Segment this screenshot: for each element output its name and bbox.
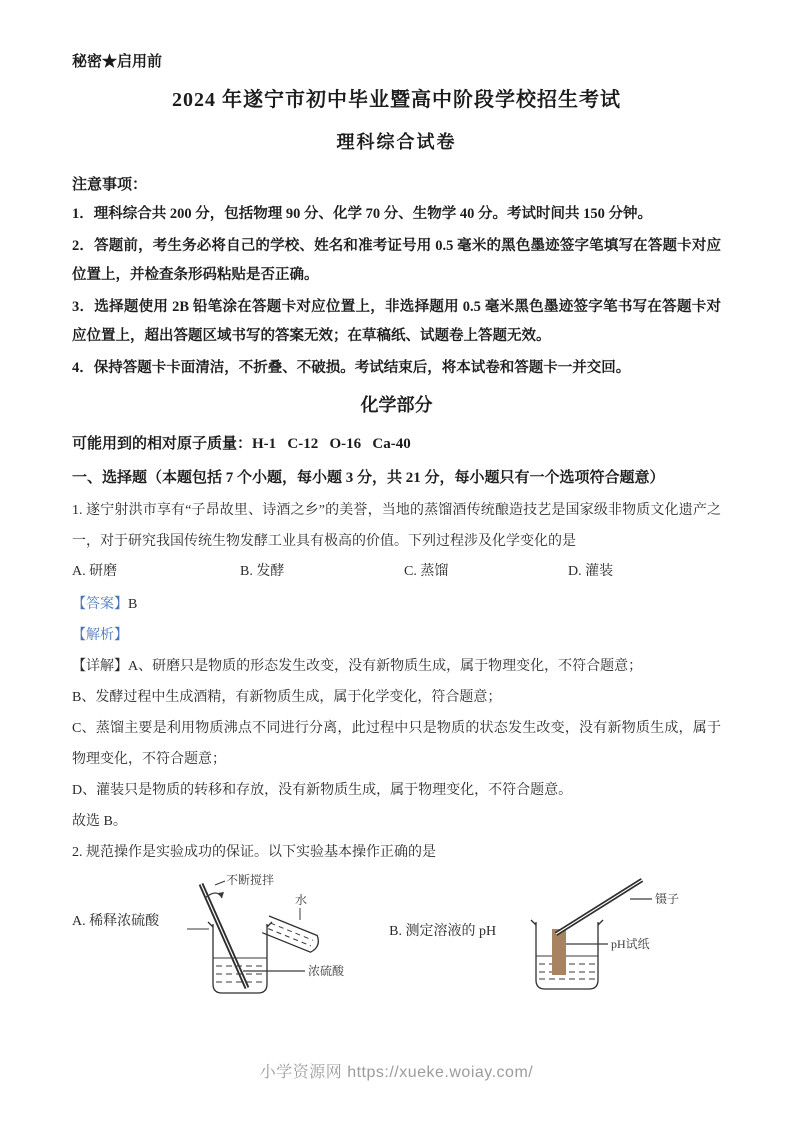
detail-conclusion: 故选 B。 bbox=[72, 806, 721, 837]
secret-label: 秘密★启用前 bbox=[72, 50, 721, 71]
analysis-tag: 【解析】 bbox=[72, 628, 128, 643]
stirring-rod-icon bbox=[201, 884, 247, 988]
measure-ph-diagram: 镊子 pH试纸 bbox=[496, 872, 706, 1012]
figure-a-caption: A. 稀释浓硫酸 bbox=[72, 910, 159, 930]
label-water: 水 bbox=[295, 892, 307, 907]
figure-dilute-acid: A. 稀释浓硫酸 不断搅拌 bbox=[72, 872, 389, 1012]
notice-item-3: 3．选择题使用 2B 铅笔涂在答题卡对应位置上，非选择题用 0.5 毫米黑色墨迹… bbox=[72, 293, 721, 351]
question-2-stem: 2. 规范操作是实验成功的保证。以下实验基本操作正确的是 bbox=[72, 837, 721, 868]
figure-measure-ph: B. 测定溶液的 pH bbox=[389, 872, 706, 1012]
answer-value: B bbox=[128, 597, 137, 612]
question-1-stem: 1. 遂宁射洪市享有“子昂故里、诗酒之乡”的美誉，当地的蒸馏酒传统酿造技艺是国家… bbox=[72, 495, 721, 557]
question-1-options: A. 研磨 B. 发酵 C. 蒸馏 D. 灌装 bbox=[72, 557, 721, 587]
page-title: 2024 年遂宁市初中毕业暨高中阶段学校招生考试 bbox=[72, 83, 721, 112]
page-subtitle: 理科综合试卷 bbox=[72, 128, 721, 154]
notice-item-2: 2．答题前，考生务必将自己的学校、姓名和准考证号用 0.5 毫米的黑色墨迹签字笔… bbox=[72, 232, 721, 290]
detail-line-c: C、蒸馏主要是利用物质沸点不同进行分离，此过程中只是物质的状态发生改变，没有新物… bbox=[72, 713, 721, 775]
notice-heading: 注意事项： bbox=[72, 170, 721, 200]
label-tweezers: 镊子 bbox=[655, 891, 679, 906]
exam-paper-page: 秘密★启用前 2024 年遂宁市初中毕业暨高中阶段学校招生考试 理科综合试卷 注… bbox=[0, 0, 793, 1122]
question-2-figures: A. 稀释浓硫酸 不断搅拌 bbox=[72, 872, 721, 1012]
atomic-masses-line: 可能用到的相对原子质量：H-1 C-12 O-16 Ca-40 bbox=[72, 429, 721, 459]
label-acid: 浓硫酸 bbox=[308, 963, 345, 978]
option-a: A. 研磨 bbox=[72, 557, 240, 587]
solution-liquid-icon bbox=[536, 956, 598, 979]
answer-line: 【答案】B bbox=[72, 589, 721, 620]
option-c: C. 蒸馏 bbox=[404, 557, 568, 587]
figure-b-caption: B. 测定溶液的 pH bbox=[389, 920, 496, 940]
label-stir: 不断搅拌 bbox=[226, 872, 274, 887]
ph-paper-icon bbox=[552, 929, 566, 975]
answer-tag: 【答案】 bbox=[72, 597, 128, 612]
watermark-footer: 小学资源网 https://xueke.woiay.com/ bbox=[0, 1059, 793, 1082]
section-title-chemistry: 化学部分 bbox=[72, 391, 721, 417]
detail-line-d: D、灌装只是物质的转移和存放，没有新物质生成，属于物理变化，不符合题意。 bbox=[72, 775, 721, 806]
option-d: D. 灌装 bbox=[568, 557, 721, 587]
dilute-acid-diagram: 不断搅拌 bbox=[159, 872, 389, 1012]
detail-line-a: 【详解】A、研磨只是物质的形态发生改变，没有新物质生成，属于物理变化，不符合题意… bbox=[72, 651, 721, 682]
water-vessel-icon bbox=[262, 916, 321, 954]
detail-line-b: B、发酵过程中生成酒精，有新物质生成，属于化学变化，符合题意； bbox=[72, 682, 721, 713]
tweezers-icon bbox=[556, 880, 642, 934]
analysis-line: 【解析】 bbox=[72, 620, 721, 651]
choice-section-heading: 一、选择题（本题包括 7 个小题，每小题 3 分，共 21 分，每小题只有一个选… bbox=[72, 463, 721, 493]
notice-item-1: 1．理科综合共 200 分，包括物理 90 分、化学 70 分、生物学 40 分… bbox=[72, 200, 721, 229]
option-b: B. 发酵 bbox=[240, 557, 404, 587]
notice-item-4: 4．保持答题卡卡面清洁，不折叠、不破损。考试结束后，将本试卷和答题卡一并交回。 bbox=[72, 354, 721, 383]
label-ph-paper: pH试纸 bbox=[611, 937, 650, 951]
